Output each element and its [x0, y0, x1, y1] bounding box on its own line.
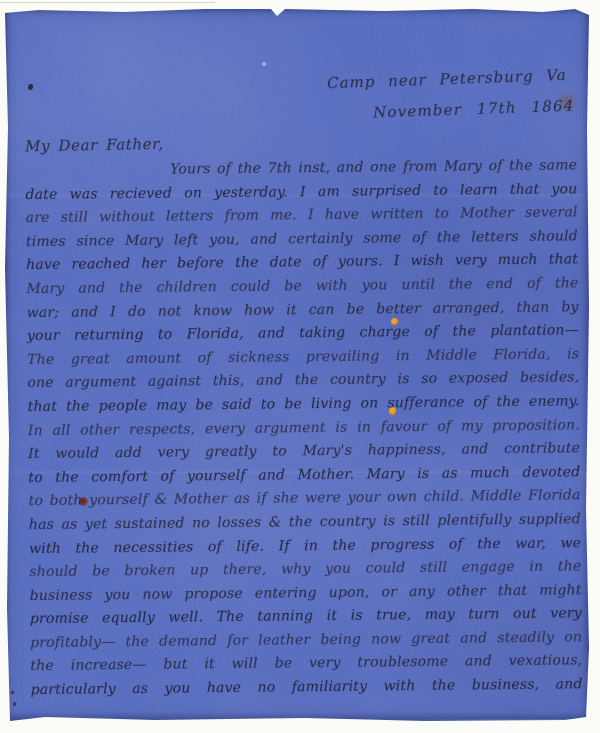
ink-fleck	[28, 84, 33, 90]
letter-heading-date: November 17th 1864	[373, 96, 575, 121]
letter-heading-place: Camp near Petersburg Va	[327, 66, 567, 92]
letter-line: particularly as you have no familiarity …	[30, 673, 582, 702]
paper-fleck	[262, 62, 266, 66]
letter-body: Yours of the 7th inst, and one from Mary…	[25, 154, 583, 702]
letter-salutation: My Dear Father,	[25, 135, 164, 155]
ink-dot	[13, 702, 16, 706]
bottom-edge-tint	[326, 719, 589, 722]
letter-paper: Camp near Petersburg Va November 17th 18…	[5, 8, 589, 721]
ink-dot	[11, 691, 14, 694]
scanned-letter-page: { "colors": { "background": "#fbfbf8", "…	[0, 0, 600, 733]
scanner-edge-line	[0, 2, 215, 3]
